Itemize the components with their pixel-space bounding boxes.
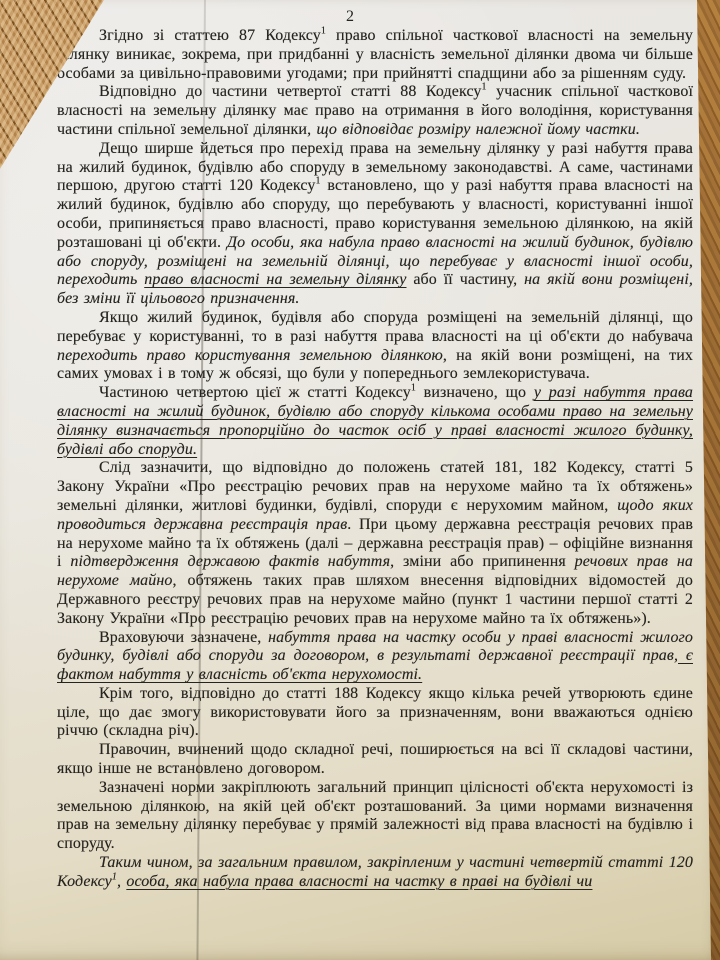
page-number: 2 (0, 8, 700, 26)
paragraph: Слід зазначити, що відповідно до положен… (57, 459, 693, 628)
text-segment: Згідно зі статтею 87 Кодексу (99, 27, 321, 44)
text-segment: Якщо жилий будинок, будівля або споруда … (57, 309, 693, 345)
text-segment: що відповідає розміру належної йому част… (317, 121, 640, 138)
paragraph: Якщо жилий будинок, будівля або споруда … (57, 309, 693, 384)
paragraph: Таким чином, за загальним правилом, закр… (57, 854, 693, 892)
paragraph: Крім того, відповідно до статті 188 Коде… (57, 685, 693, 741)
text-segment: Частиною четвертою цієї ж статті Кодексу (99, 384, 411, 401)
text-segment: особа, яка набула права власності на час… (126, 873, 592, 890)
paragraph: Згідно зі статтею 87 Кодексу1 право спіл… (57, 27, 693, 83)
document-body: Згідно зі статтею 87 Кодексу1 право спіл… (57, 27, 693, 892)
paragraph: Відповідно до частини четвертої статті 8… (57, 83, 693, 139)
text-segment: Відповідно до частини четвертої статті 8… (99, 83, 482, 100)
text-segment: Слід зазначити, що відповідно до положен… (57, 459, 693, 514)
paragraph: Частиною четвертою цієї ж статті Кодексу… (57, 384, 693, 459)
text-segment: Зазначені норми закріплюють загальний пр… (57, 779, 693, 852)
text-segment: , (117, 873, 126, 890)
paragraph: Дещо ширше йдеться про перехід права на … (57, 140, 693, 309)
text-segment: Правочин, вчинений щодо складної речі, п… (57, 741, 693, 777)
text-segment: , зміни або припинення (390, 553, 575, 570)
text-segment: визначено, що (416, 384, 534, 401)
text-segment: право власності на земельну ділянку (144, 271, 406, 288)
text-segment: підтвердження державою фактів набуття (70, 553, 390, 570)
text-segment: переходить право користування земельною … (57, 347, 443, 364)
document-page: 2 Згідно зі статтею 87 Кодексу1 право сп… (0, 0, 720, 960)
paragraph: Враховуючи зазначене, набуття права на ч… (57, 629, 693, 685)
paragraph: Правочин, вчинений щодо складної речі, п… (57, 741, 693, 779)
photo-canvas: 2 Згідно зі статтею 87 Кодексу1 право сп… (0, 0, 720, 960)
text-segment: Крім того, відповідно до статті 188 Коде… (57, 685, 693, 740)
text-segment: Враховуючи зазначене, (99, 629, 268, 646)
text-segment: або її частину, (406, 271, 524, 288)
paragraph: Зазначені норми закріплюють загальний пр… (57, 779, 693, 854)
